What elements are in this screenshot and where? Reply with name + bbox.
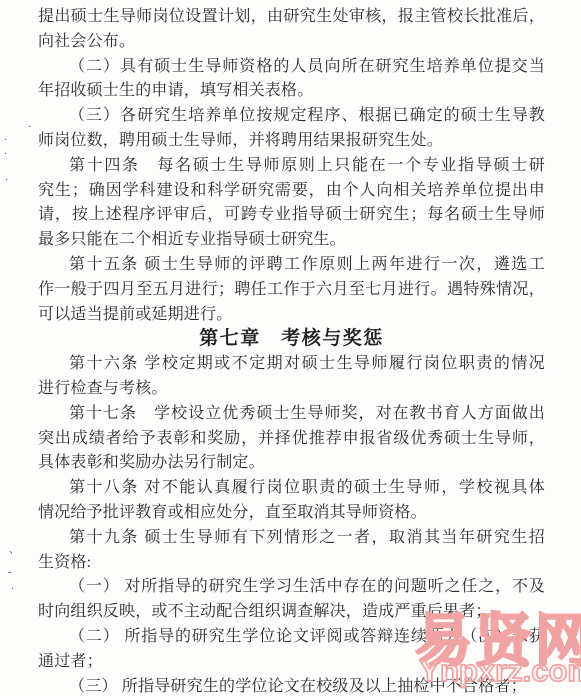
text-line: 第十八条 对不能认真履行岗位职责的硕士生导师，学校视具体: [38, 476, 545, 501]
document-page: 提出硕士生导师岗位设置计划，由研究生处审核，报主管校长批准后，向社会公布。（二）…: [0, 0, 581, 696]
text-line: 第十九条 硕士生导师有下列情形之一者，取消其当年研究生招: [38, 526, 545, 551]
text-line: 时向组织反映，或不主动配合组织调查解决，造成严重后果者；: [38, 600, 545, 625]
text-line: （三） 所指导研究生的学位论文在校级及以上抽检中不合格者；: [38, 675, 545, 696]
scan-artifact: ·: [11, 585, 14, 595]
text-line: （二） 所指导的研究生学位论文评阅或答辩连续两人（次）未获: [38, 625, 545, 650]
scan-artifact: ·: [5, 176, 8, 186]
scan-artifact: 、: [9, 546, 19, 556]
text-line: 第十四条 每名硕士生导师原则上只能在一个专业指导硕士研: [38, 154, 545, 179]
text-line: 突出成绩者给予表彰和奖励，并择优推荐申报省级优秀硕士生导师，: [38, 427, 545, 452]
text-line: 第十五条 硕士生导师的评聘工作原则上两年进行一次，遴选工: [38, 253, 545, 278]
text-line: 进行检查与考核。: [38, 377, 545, 402]
scan-artifact: ·: [28, 123, 31, 133]
text-line: 年招收硕士生的申请，填写相关表格。: [38, 79, 545, 104]
text-line: 提出硕士生导师岗位设置计划，由研究生处审核，报主管校长批准后，: [38, 5, 545, 30]
text-line: 师岗位数，聘用硕士生导师，并将聘用结果报研究生处。: [38, 129, 545, 154]
text-line: （一） 对所指导的研究生学习生活中存在的问题听之任之，不及: [38, 575, 545, 600]
scan-artifact: ·: [4, 136, 7, 146]
text-line: （三）各研究生培养单位按规定程序、根据已确定的硕士生导教: [38, 104, 545, 129]
text-line: 生资格:: [38, 551, 545, 576]
text-line: 请，按上述程序评审后，可跨专业指导硕士研究生；每名硕士生导师: [38, 203, 545, 228]
text-line: 作一般于四月至五月进行；聘任工作于六月至七月进行。遇特殊情况，: [38, 278, 545, 303]
text-line: 向社会公布。: [38, 30, 545, 55]
scan-artifact: -: [8, 568, 11, 578]
text-line: 具体表彰和奖励办法另行制定。: [38, 451, 545, 476]
chapter-heading: 第七章 考核与奖惩: [38, 327, 545, 352]
text-line: 第十六条 学校定期或不定期对硕士生导师履行岗位职责的情况: [38, 352, 545, 377]
document-text: 提出硕士生导师岗位设置计划，由研究生处审核，报主管校长批准后，向社会公布。（二）…: [38, 5, 545, 696]
text-line: 通过者；: [38, 650, 545, 675]
text-line: 第十七条 学校设立优秀硕士生导师奖，对在教书育人方面做出: [38, 402, 545, 427]
scan-artifact: ·: [4, 150, 7, 160]
text-line: 可以适当提前或延期进行。: [38, 303, 545, 328]
text-line: 最多只能在二个相近专业指导硕士研究生。: [38, 228, 545, 253]
text-line: 情况给予批评教育或相应处分，直至取消其导师资格。: [38, 501, 545, 526]
text-line: （二）具有硕士生导师资格的人员向所在研究生培养单位提交当: [38, 55, 545, 80]
text-line: 究生；确因学科建设和科学研究需要，由个人向相关培养单位提出申: [38, 179, 545, 204]
